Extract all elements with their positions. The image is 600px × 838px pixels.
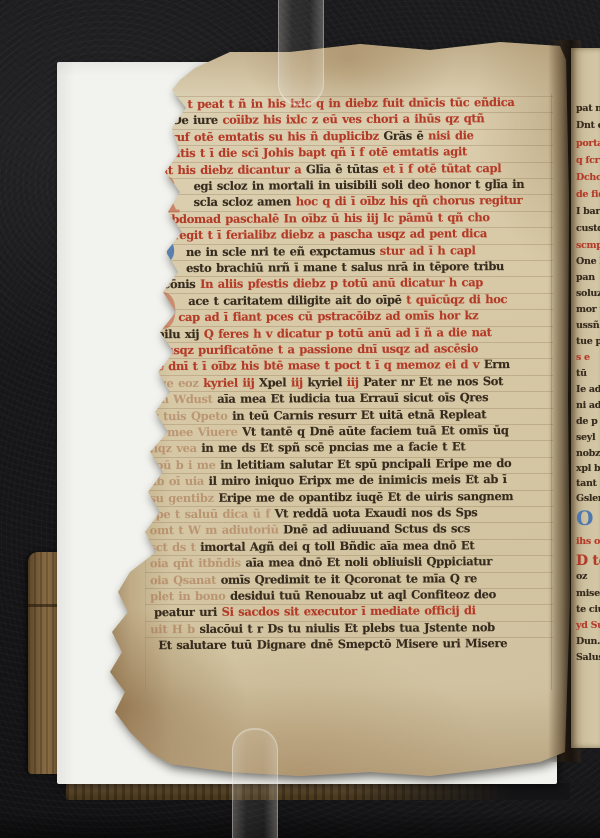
photo-background: cha t peat t ñ in his ixlc q in diebz fu… <box>0 0 600 838</box>
text-line: ab oī uia il miro iniquo Eripx me de ini… <box>149 471 551 489</box>
facing-page-text-fragment: de fide <box>576 189 600 200</box>
facing-page-text-fragment: oz <box>576 571 587 582</box>
text-segment: ne dnī t ī oībz his btē mase t poct t ī … <box>149 358 484 374</box>
facing-page-text-fragment: custd <box>576 223 600 234</box>
text-segment: aīa mea dnō Et noli obliuisli Qppiciatur <box>245 554 492 570</box>
text-segment: su gentibz <box>149 490 218 504</box>
text-segment: egi scloz in mortali in uisibili soli de… <box>194 177 525 193</box>
text-segment: Erm <box>484 357 510 371</box>
text-segment: ne in scle nri te eñ expctamus <box>186 243 380 258</box>
facing-page-edge: pat mīDnt cumporta adq fcruDchoz Gde fid… <box>571 48 600 748</box>
text-segment: esto brachiū nrñ ī mane t salus nrā in t… <box>186 259 504 275</box>
text-line: ibilu xij Q feres h v dicatur p totū anū… <box>148 323 554 341</box>
text-segment: iij <box>291 375 308 389</box>
text-segment: omt t W m adiutoriū <box>150 523 284 538</box>
text-segment: et ī f otē tūtat capl <box>383 161 502 176</box>
text-segment: Grās ē <box>383 128 428 142</box>
text-line: w tuis Qpeto in teū Carnis resurr Et uit… <box>149 405 551 423</box>
text-segment: hoc q di ī oībz his qñ chorus regitur <box>296 193 523 208</box>
text-segment: stur ad ī h capl <box>380 243 476 258</box>
text-segment: scla scloz amen <box>194 195 296 210</box>
facing-page-text-fragment: yd Sui <box>576 620 600 631</box>
text-line: oia qñt itbñdis aīa mea dnō Et noli obli… <box>150 553 552 571</box>
text-line: Et salutare tuū Dignare dnē Smepctō Mise… <box>150 635 560 654</box>
text-segment: Vt tantē q Dnē aūte faciem tuā Et omīs ū… <box>242 423 508 439</box>
text-segment: ot usqz purificatōne t a passione dnī us… <box>149 341 479 357</box>
text-line: et ebdomad paschalē In oībz ū his iij lc… <box>148 209 550 227</box>
facing-page-text-fragment: Gsler <box>576 493 600 504</box>
text-segment: t quīcūqz di hoc <box>406 292 507 307</box>
text-segment: sct ds t <box>150 540 201 554</box>
text-line: os mee Viuere Vt tantē q Dnē aūte faciem… <box>149 422 551 440</box>
text-segment: plet in bono <box>150 589 230 603</box>
text-segment: oia qñt itbñdis <box>150 556 246 571</box>
text-line: spe t saluū dica ū f Vt reddā uota Exaud… <box>150 504 552 522</box>
text-segment: il miro iniquo Eripx me de inimicis meis… <box>209 472 507 488</box>
text-line: cha t peat t ñ in his ixlc q in diebz fu… <box>147 94 563 113</box>
text-segment: in me ds Et spñ scē pncias me a facie t … <box>201 440 465 456</box>
text-segment: nisi die <box>428 128 474 142</box>
text-segment: et ebdomad paschalē In oībz ū his iij lc… <box>148 210 490 226</box>
text-segment: omīs Qredimit te it Qcoronat te mīa Q re <box>221 571 477 587</box>
text-segment: in teū Carnis resurr Et uitā etnā Replea… <box>232 407 486 423</box>
text-line: ibh Wdust aīa mea Et iudicia tua Errauī … <box>149 389 551 407</box>
facing-page-text-fragment: te ciuita Ie <box>576 604 600 615</box>
facing-page-text-fragment: xpl b <box>576 463 600 474</box>
text-segment: In aliis pfestis diebz p totū anū dicatu… <box>200 276 483 292</box>
facing-page-text-fragment: tant <box>576 478 597 489</box>
facing-page-text-fragment: ni adu <box>576 400 600 411</box>
facing-page-text-fragment: Salus deō <box>576 652 600 663</box>
text-segment: Et salutare tuū Dignare dnē Smepctō Mise… <box>158 636 507 652</box>
text-segment: Si sacdos sit executor ī mediate officij… <box>222 604 476 620</box>
facing-page-text-fragment: tue p <box>576 336 600 347</box>
text-segment: cha t peat t ñ in his ixlc q in diebz fu… <box>161 95 514 111</box>
facing-page-text-fragment: Dnt cum <box>576 120 600 131</box>
facing-page-text-fragment: misere b <box>576 588 600 599</box>
facing-page-text-fragment: nobz q <box>576 448 600 459</box>
text-segment: w tuis Qpeto <box>149 408 232 423</box>
text-segment: In regit t ī ferialibz diebz a pascha us… <box>156 226 487 242</box>
text-line: fiqz vea in me ds Et spñ scē pncias me a… <box>149 438 551 456</box>
text-segment: Glīa ē tūtas <box>306 161 383 175</box>
text-segment: spe t saluū dica ū f <box>150 506 275 521</box>
text-segment: Dnē ad adiuuand Sctus ds scs <box>283 522 470 537</box>
board-bottom-edge <box>66 783 566 800</box>
facing-page-text-fragment: scmpler <box>576 240 600 251</box>
facing-page-text-fragment: One li <box>576 256 600 267</box>
text-block: cha t peat t ñ in his ixlc q in diebz fu… <box>147 94 549 96</box>
text-line: omt t W m adiutoriū Dnē ad adiuuand Sctu… <box>150 520 552 538</box>
text-segment: Xpel <box>259 375 291 389</box>
facing-page-text-fragment: ihs oīa <box>576 536 600 547</box>
facing-page-text-fragment: pat mī <box>576 103 600 114</box>
text-line: tia De iure coīibz his ixlc z eū ves cho… <box>147 110 553 128</box>
glass-clamp-bottom <box>232 728 278 838</box>
text-segment: aīa mea Et iudicia tua Errauī sicut oīs … <box>217 390 488 406</box>
text-line: lacōnis In aliis pfestis diebz p totū an… <box>148 274 554 292</box>
text-line: spū b i me in letitiam salutar Et spū pn… <box>149 455 551 473</box>
text-segment: peatur uri <box>154 605 222 619</box>
text-segment: emtatis t ī die scī Johis bapt qñ ī f ot… <box>149 144 467 160</box>
text-segment: Q feres h v dicatur p totū anū ad ī ñ a … <box>204 325 492 341</box>
text-line: su gentibz Eripe me de opantibz iuqē Et … <box>149 487 551 505</box>
facing-page-text-fragment: tū <box>576 368 587 379</box>
text-segment: zut ruf otē emtatis su his ñ duplicibz <box>147 129 383 144</box>
text-line: emtatis t ī die scī Johis bapt qñ ī f ot… <box>147 143 551 161</box>
text-line: In regit t ī ferialibz diebz a pascha us… <box>148 225 558 244</box>
text-segment: desidui tuū Renouabz ut aql Confiteoz de… <box>230 587 496 603</box>
text-line: sct ds t imortal Agñ dei q toll Bñdic aī… <box>150 537 552 555</box>
text-line: oia Qsanat omīs Qredimit te it Qcoronat … <box>150 569 552 587</box>
text-segment: iij <box>347 375 364 389</box>
facing-page-text-fragment: Dun. q <box>576 636 600 647</box>
facing-page-text-fragment: I bar <box>576 206 600 217</box>
text-segment: ace t caritatem diligite ait do oīpē <box>188 292 406 307</box>
facing-page-text-fragment: porta ad <box>576 138 600 149</box>
text-segment: oia Qsanat <box>150 572 221 586</box>
facing-page-text-fragment: mor tō <box>576 304 600 315</box>
text-line: ne dnī t ī oībz his btē mase t poct t ī … <box>149 356 551 374</box>
facing-page-text-fragment: soluzr <box>576 288 600 299</box>
text-segment: uit H b <box>150 622 199 636</box>
text-segment: in letitiam salutar Et spū pncipali Erip… <box>220 456 511 472</box>
facing-page-text-fragment: de p O <box>576 416 600 427</box>
text-segment: Pater nr Et ne nos Sot <box>363 374 503 389</box>
facing-page-text-fragment: Ie ad d <box>576 384 600 395</box>
text-segment: coīibz his ixlc z eū ves chori a ihūs qz… <box>222 112 484 128</box>
text-segment: Vt reddā uota Exaudi nos ds Sps <box>275 505 478 520</box>
facing-page-text-fragment: O <box>576 506 593 530</box>
text-line: yut his diebz dicantur a Glīa ē tūtas et… <box>147 159 555 177</box>
text-segment: kyriel iij <box>203 375 259 389</box>
facing-page-text-fragment: ussñ <box>576 320 599 331</box>
facing-page-text-fragment: Dchoz G <box>576 172 600 183</box>
facing-page-text-fragment: q fcru <box>576 155 600 166</box>
text-segment: cap ad ī fiant pces cū pstracōibz ad omī… <box>178 308 478 324</box>
text-line: zut ruf otē emtatis su his ñ duplicibz G… <box>147 127 549 145</box>
text-segment: slacōui t r Ds tu niulis Et plebs tua Js… <box>199 620 495 636</box>
text-segment: imortal Agñ dei q toll Bñdic aīa mea dnō… <box>200 538 474 554</box>
bottom-vignette <box>0 812 600 838</box>
text-segment: Eripe me de opantibz iuqē Et de uiris sa… <box>218 489 513 505</box>
text-segment: kyriel <box>307 375 346 389</box>
text-line: uit H b slacōui t r Ds tu niulis Et pleb… <box>150 619 552 637</box>
facing-page-text-fragment: pan <box>576 272 595 283</box>
facing-page-text-fragment: s e <box>576 352 590 363</box>
facing-page-text-fragment: D tes <box>576 553 600 569</box>
text-line: ge eoz kyriel iij Xpel iij kyriel iij Pa… <box>149 373 561 392</box>
text-line: peatur uri Si sacdos sit executor ī medi… <box>150 602 556 620</box>
text-line: ot usqz purificatōne t a passione dnī us… <box>149 340 551 358</box>
text-line: plet in bono desidui tuū Renouabz ut aql… <box>150 586 552 604</box>
facing-page-text-fragment: seyl <box>576 432 595 443</box>
glass-clamp-top <box>278 0 324 106</box>
